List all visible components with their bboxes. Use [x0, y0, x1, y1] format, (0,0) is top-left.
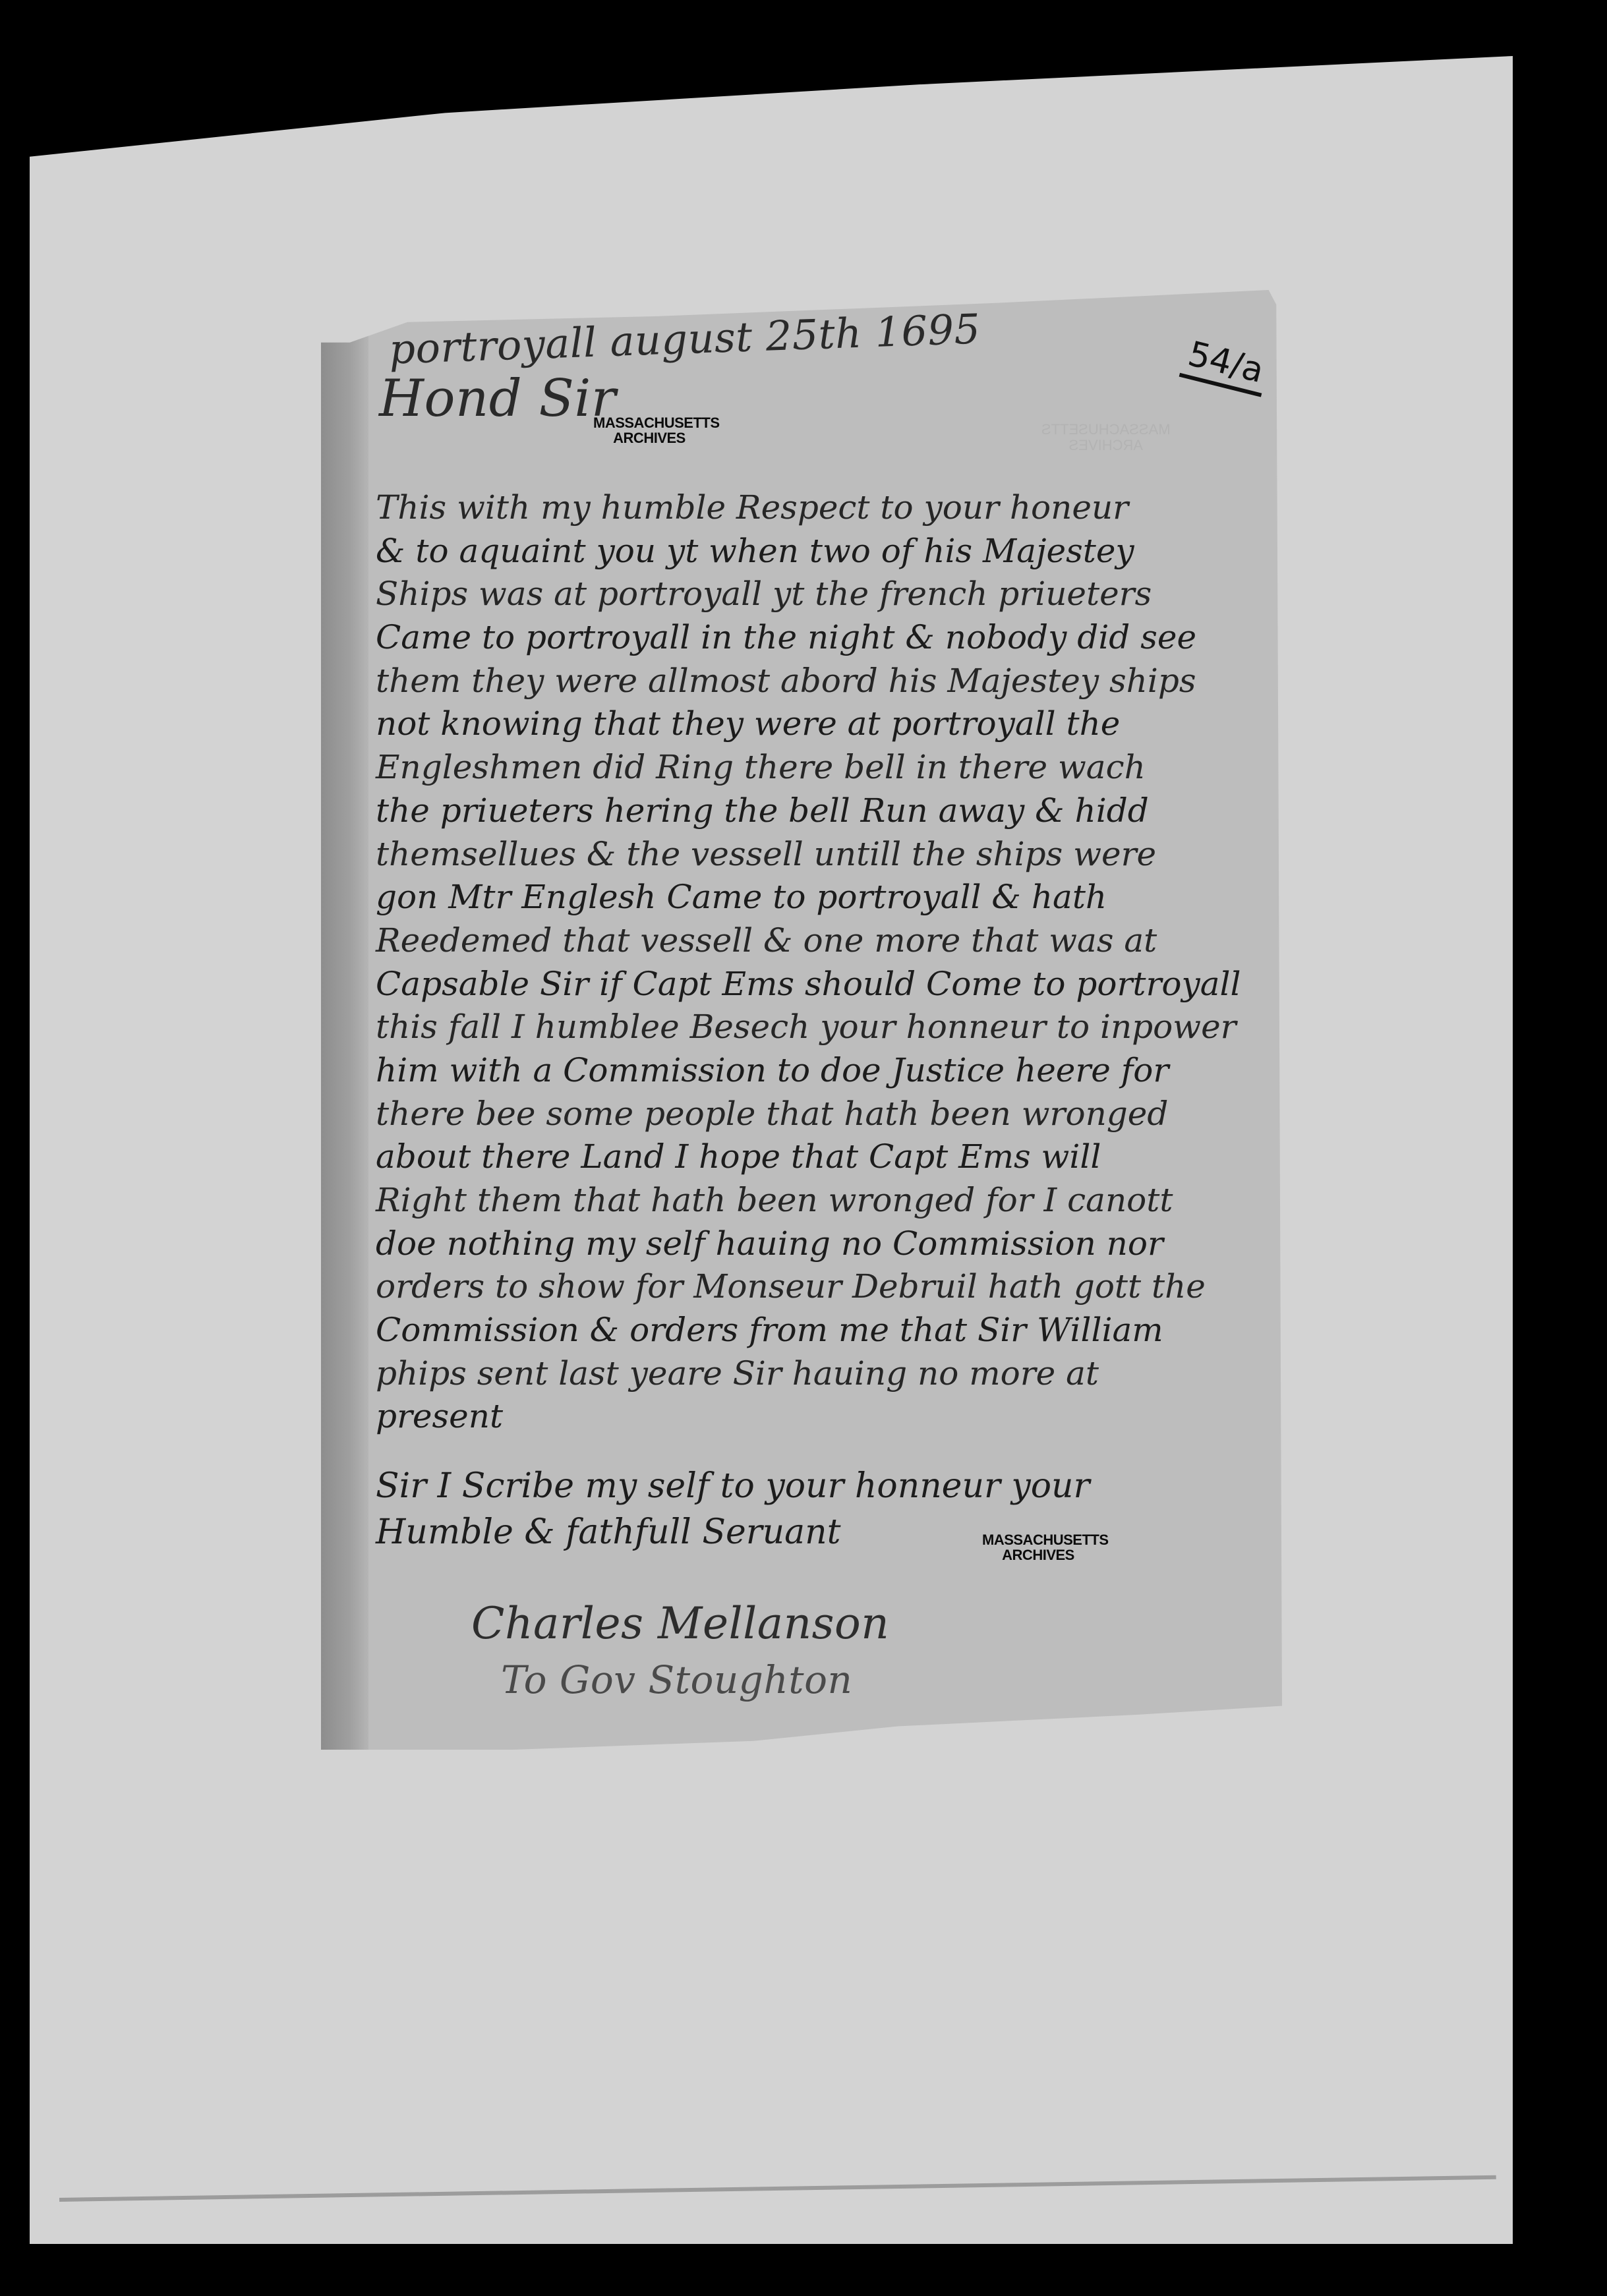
body-line: orders to show for Monseur Debruil hath … [376, 1265, 1285, 1309]
body-line: themsellues & the vessell untill the shi… [376, 833, 1285, 876]
endorsement: To Gov Stoughton [501, 1657, 852, 1702]
signature: Charles Mellanson [471, 1598, 889, 1649]
body-line: Came to portroyall in the night & nobody… [376, 616, 1285, 660]
body-line: Reedemed that vessell & one more that wa… [376, 919, 1285, 963]
body-line: there bee some people that hath been wro… [376, 1093, 1285, 1136]
closing-line: Sir I Scribe my self to your honneur you… [376, 1463, 1090, 1509]
body-line: present [376, 1395, 1285, 1439]
body-line: & to aquaint you yt when two of his Maje… [376, 530, 1285, 573]
body-line: Right them that hath been wronged for I … [376, 1179, 1285, 1222]
body-line: this fall I humblee Besech your honneur … [376, 1006, 1285, 1049]
archives-stamp-top: MASSACHUSETTS ARCHIVES [593, 415, 705, 445]
body-line: them they were allmost abord his Majeste… [376, 660, 1285, 703]
body-line: Capsable Sir if Capt Ems should Come to … [376, 963, 1285, 1006]
salutation: Hond Sir [379, 369, 616, 428]
body-line: Ships was at portroyall yt the french pr… [376, 573, 1285, 616]
stamp-line-2: ARCHIVES [593, 430, 705, 445]
body-line: him with a Commission to doe Justice hee… [376, 1049, 1285, 1093]
letter-binding-edge [321, 290, 368, 1750]
body-line: phips sent last yeare Sir hauing no more… [376, 1352, 1285, 1396]
body-line: This with my humble Respect to your hone… [376, 486, 1285, 530]
stamp-line-2: ARCHIVES [982, 1547, 1094, 1563]
body-line: Commission & orders from me that Sir Wil… [376, 1309, 1285, 1352]
body-line: about there Land I hope that Capt Ems wi… [376, 1135, 1285, 1179]
stamp-line-1: MASSACHUSETTS [982, 1532, 1094, 1547]
archives-stamp-bleedthrough: MASSACHUSETTS ARCHIVES [1041, 422, 1171, 453]
archives-stamp-bottom: MASSACHUSETTS ARCHIVES [982, 1532, 1094, 1563]
stamp-line-1: MASSACHUSETTS [593, 415, 705, 430]
ghost-stamp-line-1: MASSACHUSETTS [1041, 422, 1171, 438]
letter-body: This with my humble Respect to your hone… [376, 486, 1285, 1439]
body-line: the priueters hering the bell Run away &… [376, 789, 1285, 833]
body-line: Engleshmen did Ring there bell in there … [376, 746, 1285, 789]
body-line: not knowing that they were at portroyall… [376, 703, 1285, 746]
body-line: gon Mtr Englesh Came to portroyall & hat… [376, 876, 1285, 919]
ghost-stamp-line-2: ARCHIVES [1041, 438, 1171, 453]
body-line: doe nothing my self hauing no Commission… [376, 1222, 1285, 1266]
